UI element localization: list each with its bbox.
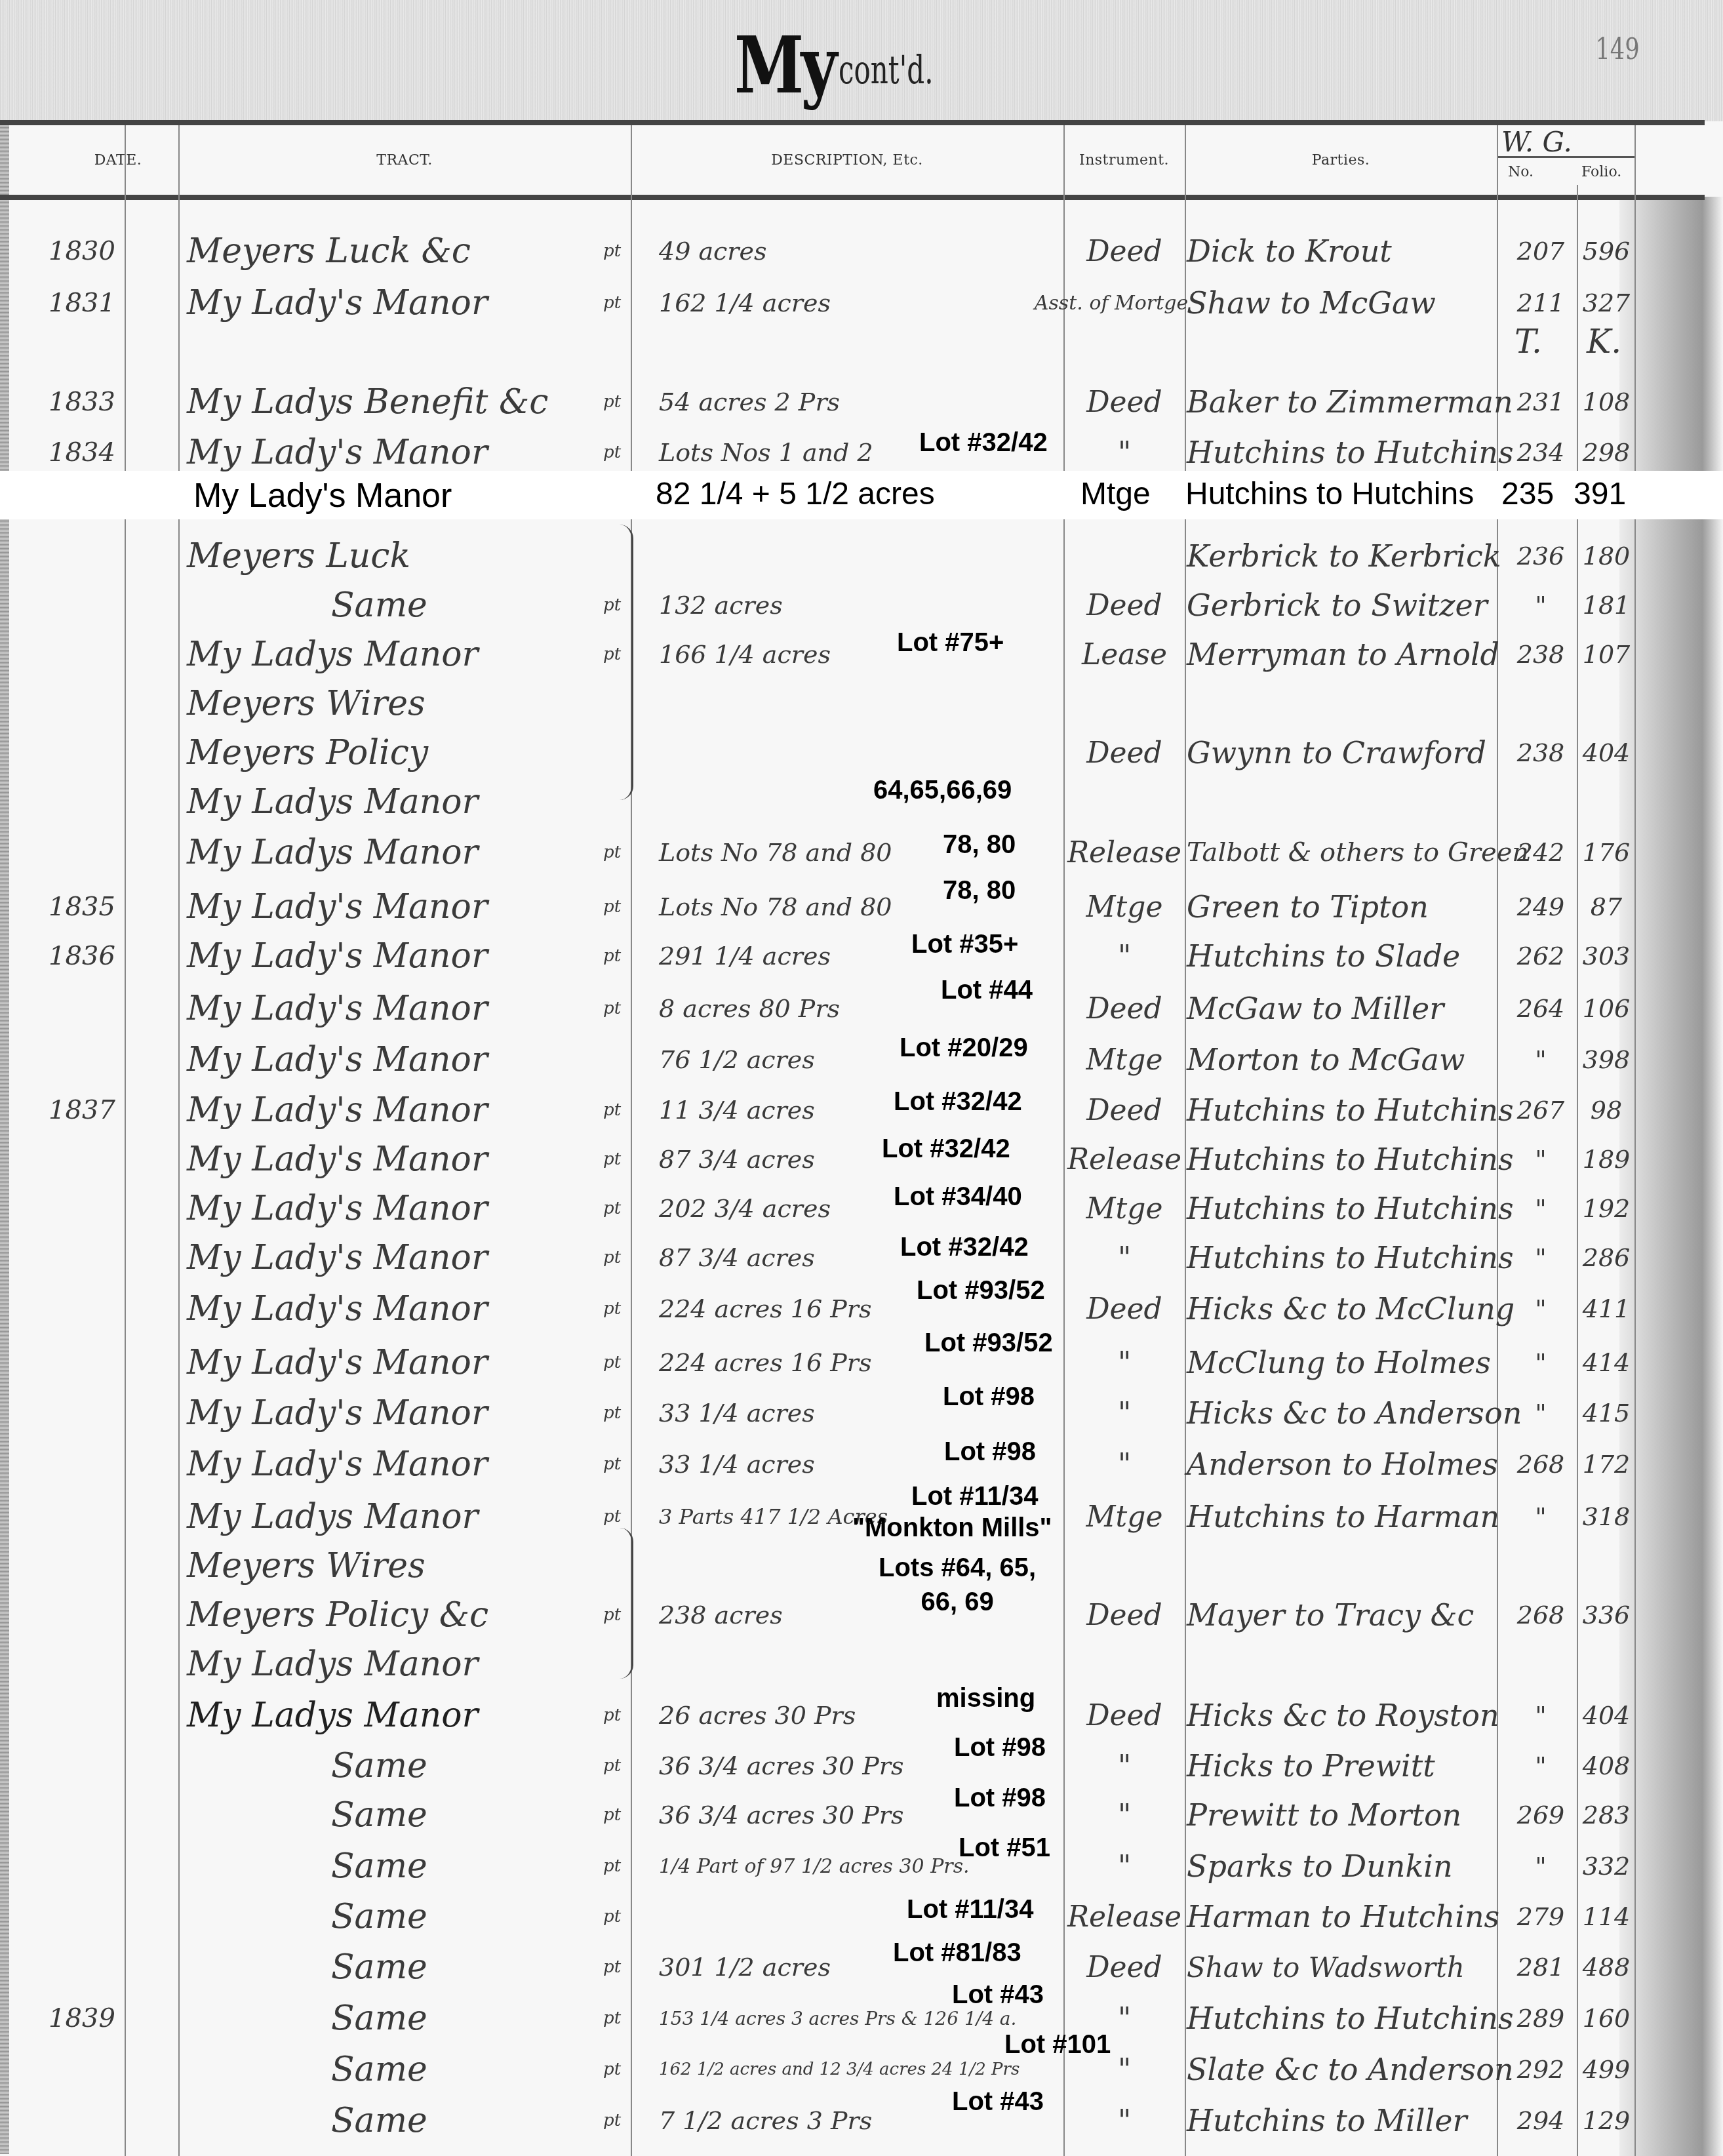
lot-annotation: Lot #32/42 bbox=[900, 1234, 1029, 1260]
lot-annotation: Lot #43 bbox=[952, 1982, 1044, 2008]
lot-annotation: Lot #11/34 bbox=[911, 1483, 1038, 1509]
row-parties: Hutchins to Slade bbox=[1187, 931, 1501, 981]
row-tract: Same bbox=[187, 1892, 744, 1942]
row-instrument: " bbox=[1065, 1338, 1183, 1387]
ledger-row: My Lady's Manor pt 8 acres 80 Prs Deed M… bbox=[0, 984, 1723, 1033]
row-instrument: Mtge bbox=[1065, 1492, 1183, 1542]
row-instrument: " bbox=[1065, 1233, 1183, 1283]
row-instrument: " bbox=[1065, 2096, 1183, 2146]
lot-annotation: 78, 80 bbox=[943, 831, 1016, 858]
typed-instrument: Mtge bbox=[1080, 476, 1151, 512]
lot-annotation-missing: missing bbox=[936, 1685, 1035, 1711]
lot-annotation: Lot #43 bbox=[952, 2088, 1044, 2115]
row-no: 249 bbox=[1501, 882, 1580, 932]
ledger-row: My Lady's Manor 76 1/2 acres Mtge Morton… bbox=[0, 1035, 1723, 1085]
row-part-marker: pt bbox=[603, 377, 629, 427]
row-folio: 107 bbox=[1580, 629, 1633, 679]
row-part-marker: pt bbox=[603, 226, 629, 276]
row-part-marker: pt bbox=[603, 1184, 629, 1233]
row-tract: My Lady's Manor bbox=[187, 931, 600, 981]
row-no: 268 bbox=[1501, 1439, 1580, 1489]
row-part-marker: pt bbox=[603, 2096, 629, 2146]
row-tract: My Lady's Manor bbox=[187, 1134, 600, 1184]
header-parties: Parties. bbox=[1185, 125, 1497, 195]
row-parties: Green to Tipton bbox=[1187, 882, 1501, 932]
row-part-marker: pt bbox=[603, 1841, 629, 1891]
row-folio: 298 bbox=[1580, 428, 1633, 477]
row-part-marker: pt bbox=[603, 1942, 629, 1992]
ledger-row: My Lady's Manor pt 87 3/4 acres Release … bbox=[0, 1134, 1723, 1184]
row-folio: 318 bbox=[1580, 1492, 1633, 1542]
ledger-row: Same pt 1/4 Part of 97 1/2 acres 30 Prs.… bbox=[0, 1841, 1723, 1891]
ledger-row: Meyers Policy &c pt 238 acres Deed Mayer… bbox=[0, 1590, 1723, 1640]
row-part-marker: pt bbox=[603, 580, 629, 630]
ledger-row: My Lady's Manor pt 224 acres 16 Prs " Mc… bbox=[0, 1338, 1723, 1387]
row-tract: My Lady's Manor bbox=[187, 984, 600, 1033]
row-part-marker: pt bbox=[603, 1492, 629, 1542]
ledger-row: 1831 My Lady's Manor pt 162 1/4 acres As… bbox=[0, 278, 1723, 328]
row-part-marker: pt bbox=[603, 931, 629, 981]
row-instrument: " bbox=[1065, 1741, 1183, 1791]
row-date: 1836 bbox=[39, 931, 125, 981]
row-folio: 303 bbox=[1580, 931, 1633, 981]
title-sub: cont'd. bbox=[839, 47, 934, 93]
row-parties: Hutchins to Hutchins bbox=[1187, 1085, 1501, 1135]
lot-annotation: Lot #98 bbox=[944, 1439, 1036, 1465]
typed-tract: My Lady's Manor bbox=[193, 476, 452, 515]
row-instrument: Deed bbox=[1065, 728, 1183, 778]
row-instrument: " bbox=[1065, 428, 1183, 477]
row-no: 238 bbox=[1501, 629, 1580, 679]
row-tract: My Ladys Manor bbox=[187, 1639, 600, 1689]
row-date: 1835 bbox=[39, 882, 125, 932]
ledger-row: 1837 My Lady's Manor pt 11 3/4 acres Dee… bbox=[0, 1085, 1723, 1135]
header-description: DESCRIPTION, Etc. bbox=[631, 125, 1063, 195]
row-part-marker: pt bbox=[603, 882, 629, 932]
row-parties: Gwynn to Crawford bbox=[1187, 728, 1501, 778]
lot-annotation: Lot #32/42 bbox=[882, 1136, 1010, 1162]
row-no: " bbox=[1501, 1492, 1580, 1542]
header-date: DATE. bbox=[66, 125, 170, 195]
ledger-row: My Ladys Manor pt 166 1/4 acres Lease Me… bbox=[0, 629, 1723, 679]
row-description: 49 acres bbox=[659, 226, 1065, 276]
typed-parties: Hutchins to Hutchins bbox=[1185, 476, 1474, 512]
row-tract: My Ladys Manor bbox=[187, 828, 600, 877]
ledger-row: My Lady's Manor pt 33 1/4 acres " Anders… bbox=[0, 1439, 1723, 1489]
row-part-marker: pt bbox=[603, 828, 629, 877]
ledger-row: Meyers Wires bbox=[0, 679, 1723, 729]
lot-annotation: 78, 80 bbox=[943, 877, 1016, 904]
row-folio: 332 bbox=[1580, 1841, 1633, 1891]
ledger-row: Same pt 36 3/4 acres 30 Prs " Hicks to P… bbox=[0, 1741, 1723, 1791]
row-no: 236 bbox=[1501, 531, 1580, 581]
row-no: 211 bbox=[1501, 278, 1580, 328]
typed-insert-row: My Lady's Manor 82 1/4 + 5 1/2 acres Mtg… bbox=[0, 471, 1723, 519]
book-marker-no: T. bbox=[1515, 323, 1542, 361]
row-description: 132 acres bbox=[659, 580, 1065, 630]
typed-folio: 391 bbox=[1574, 476, 1626, 512]
lot-annotation: Lot #101 bbox=[1004, 2031, 1111, 2058]
row-no: " bbox=[1501, 1338, 1580, 1387]
row-no: 262 bbox=[1501, 931, 1580, 981]
row-parties: Talbott & others to Green bbox=[1187, 828, 1501, 877]
row-tract: Meyers Wires bbox=[187, 679, 600, 729]
row-parties: McClung to Holmes bbox=[1187, 1338, 1501, 1387]
row-tract: My Lady's Manor bbox=[187, 428, 600, 477]
row-folio: 327 bbox=[1580, 278, 1633, 328]
row-folio: 98 bbox=[1580, 1085, 1633, 1135]
row-folio: 160 bbox=[1580, 1993, 1633, 2043]
row-instrument: Deed bbox=[1065, 580, 1183, 630]
ledger-row: My Ladys Manor bbox=[0, 777, 1723, 827]
ledger-row: My Lady's Manor pt 202 3/4 acres Mtge Hu… bbox=[0, 1184, 1723, 1233]
row-no: 268 bbox=[1501, 1590, 1580, 1640]
row-parties: Sparks to Dunkin bbox=[1187, 1841, 1501, 1891]
row-part-marker: pt bbox=[603, 1388, 629, 1438]
row-part-marker: pt bbox=[603, 428, 629, 477]
row-folio: 411 bbox=[1580, 1284, 1633, 1334]
row-part-marker: pt bbox=[603, 984, 629, 1033]
row-instrument: Release bbox=[1065, 1892, 1183, 1942]
row-tract: My Lady's Manor bbox=[187, 882, 600, 932]
ledger-row: 1833 My Ladys Benefit &c pt 54 acres 2 P… bbox=[0, 377, 1723, 427]
row-folio: 414 bbox=[1580, 1338, 1633, 1387]
row-parties: Slate &c to Anderson bbox=[1187, 2045, 1501, 2094]
row-instrument: Mtge bbox=[1065, 1184, 1183, 1233]
row-instrument: " bbox=[1065, 1841, 1183, 1891]
row-folio: 129 bbox=[1580, 2096, 1633, 2146]
row-instrument: Deed bbox=[1065, 1690, 1183, 1740]
row-date: 1837 bbox=[39, 1085, 125, 1135]
lot-annotation: Lots #64, 65, 66, 69 bbox=[879, 1551, 1036, 1619]
row-parties: Dick to Krout bbox=[1187, 226, 1501, 276]
row-folio: 106 bbox=[1580, 984, 1633, 1033]
row-instrument: " bbox=[1065, 931, 1183, 981]
row-folio: 336 bbox=[1580, 1590, 1633, 1640]
row-parties: Gerbrick to Switzer bbox=[1187, 580, 1501, 630]
row-instrument: Deed bbox=[1065, 226, 1183, 276]
lot-annotation: Lot #93/52 bbox=[924, 1330, 1053, 1356]
row-description: 162 1/4 acres bbox=[659, 278, 1065, 328]
row-no: 234 bbox=[1501, 428, 1580, 477]
ledger-row: Meyers Policy Deed Gwynn to Crawford 238… bbox=[0, 728, 1723, 778]
row-tract: My Ladys Manor bbox=[187, 1492, 600, 1542]
header-instrument: Instrument. bbox=[1063, 125, 1185, 195]
row-date: 1830 bbox=[39, 226, 125, 276]
row-folio: 283 bbox=[1580, 1790, 1633, 1840]
row-tract: My Lady's Manor bbox=[187, 1233, 600, 1283]
title-main: My bbox=[734, 26, 834, 105]
row-parties: Shaw to McGaw bbox=[1187, 278, 1501, 328]
row-part-marker: pt bbox=[603, 1741, 629, 1791]
row-part-marker: pt bbox=[603, 1439, 629, 1489]
row-folio: 398 bbox=[1580, 1035, 1633, 1085]
ledger-row: My Lady's Manor pt 87 3/4 acres " Hutchi… bbox=[0, 1233, 1723, 1283]
row-parties: Merryman to Arnold bbox=[1187, 629, 1501, 679]
row-parties: Mayer to Tracy &c bbox=[1187, 1590, 1501, 1640]
row-part-marker: pt bbox=[603, 1233, 629, 1283]
row-instrument: " bbox=[1065, 1388, 1183, 1438]
row-no: 242 bbox=[1501, 828, 1580, 877]
row-instrument: Deed bbox=[1065, 1284, 1183, 1334]
lot-annotation: 64,65,66,69 bbox=[873, 777, 1012, 803]
lot-annotation: Lot #98 bbox=[954, 1734, 1046, 1761]
ledger-row: Meyers Wires bbox=[0, 1541, 1723, 1591]
row-parties: Anderson to Holmes bbox=[1187, 1439, 1501, 1489]
row-parties: Hutchins to Hutchins bbox=[1187, 1134, 1501, 1184]
lot-annotation: Lot #44 bbox=[941, 977, 1033, 1003]
ledger-row: 1834 My Lady's Manor pt Lots Nos 1 and 2… bbox=[0, 428, 1723, 477]
row-tract: My Lady's Manor bbox=[187, 1439, 600, 1489]
row-part-marker: pt bbox=[603, 1284, 629, 1334]
row-parties: Hicks &c to Anderson bbox=[1187, 1388, 1501, 1438]
row-parties: Kerbrick to Kerbrick bbox=[1187, 531, 1501, 581]
row-no: " bbox=[1501, 1690, 1580, 1740]
row-tract: My Ladys Manor bbox=[187, 777, 600, 827]
ledger-row: My Ladys Manor pt Lots No 78 and 80 Rele… bbox=[0, 828, 1723, 877]
row-folio: 499 bbox=[1580, 2045, 1633, 2094]
header-top-rule bbox=[0, 120, 1705, 125]
row-tract: My Lady's Manor bbox=[187, 1284, 600, 1334]
row-tract: Meyers Policy &c bbox=[187, 1590, 600, 1640]
page-title: My cont'd. bbox=[734, 26, 974, 105]
row-instrument: Deed bbox=[1065, 377, 1183, 427]
row-no: 289 bbox=[1501, 1993, 1580, 2043]
row-instrument: Deed bbox=[1065, 1085, 1183, 1135]
row-part-marker: pt bbox=[603, 278, 629, 328]
ledger-row: Same pt 36 3/4 acres 30 Prs " Prewitt to… bbox=[0, 1790, 1723, 1840]
ledger-row: 1835 My Lady's Manor pt Lots No 78 and 8… bbox=[0, 882, 1723, 932]
typed-no: 235 bbox=[1501, 476, 1554, 512]
row-folio: 488 bbox=[1580, 1942, 1633, 1992]
ledger-row: Meyers Luck Kerbrick to Kerbrick 236 180 bbox=[0, 531, 1723, 581]
row-parties: Hicks &c to McClung bbox=[1187, 1284, 1501, 1334]
row-no: " bbox=[1501, 1284, 1580, 1334]
row-no: " bbox=[1501, 1184, 1580, 1233]
row-instrument: Release bbox=[1065, 828, 1183, 877]
page-number: 149 bbox=[1595, 33, 1639, 66]
header-bottom-rule bbox=[0, 195, 1705, 200]
row-folio: 404 bbox=[1580, 1690, 1633, 1740]
row-no: " bbox=[1501, 1841, 1580, 1891]
row-folio: 87 bbox=[1580, 882, 1633, 932]
row-tract: My Ladys Benefit &c bbox=[187, 377, 600, 427]
ledger-row: Same pt 301 1/2 acres Deed Shaw to Wadsw… bbox=[0, 1942, 1723, 1992]
lot-annotation: Lot #98 bbox=[943, 1384, 1035, 1410]
row-tract: My Lady's Manor bbox=[187, 1184, 600, 1233]
row-instrument: " bbox=[1065, 1439, 1183, 1489]
lot-annotation: Lot #35+ bbox=[911, 931, 1018, 957]
row-no: 238 bbox=[1501, 728, 1580, 778]
lot-annotation: Lot #75+ bbox=[897, 629, 1004, 656]
row-parties: Hutchins to Harman bbox=[1187, 1492, 1501, 1542]
row-instrument: Mtge bbox=[1065, 1035, 1183, 1085]
row-parties: Hutchins to Hutchins bbox=[1187, 1233, 1501, 1283]
row-folio: 181 bbox=[1580, 580, 1633, 630]
lot-annotation: Lot #81/83 bbox=[893, 1940, 1021, 1966]
row-instrument: Deed bbox=[1065, 984, 1183, 1033]
row-no: 279 bbox=[1501, 1892, 1580, 1942]
header-tract: TRACT. bbox=[178, 125, 631, 195]
book-initials-underline bbox=[1497, 156, 1634, 158]
row-no: " bbox=[1501, 580, 1580, 630]
row-parties: Shaw to Wadsworth bbox=[1187, 1942, 1501, 1992]
row-part-marker: pt bbox=[603, 1993, 629, 2043]
row-instrument: Lease bbox=[1065, 629, 1183, 679]
lot-annotation: Lot #11/34 bbox=[907, 1896, 1033, 1923]
ledger-row: My Ladys Manor pt 26 acres 30 Prs Deed H… bbox=[0, 1690, 1723, 1740]
row-no: " bbox=[1501, 1388, 1580, 1438]
row-folio: 108 bbox=[1580, 377, 1633, 427]
row-tract: My Lady's Manor bbox=[187, 1388, 600, 1438]
column-header-row: DATE. TRACT. DESCRIPTION, Etc. Instrumen… bbox=[0, 125, 1705, 195]
row-part-marker: pt bbox=[603, 1590, 629, 1640]
row-tract: My Lady's Manor bbox=[187, 1085, 600, 1135]
lot-annotation: Lot #32/42 bbox=[919, 429, 1048, 456]
row-no: 281 bbox=[1501, 1942, 1580, 1992]
lot-annotation: Lot #98 bbox=[954, 1785, 1046, 1811]
ledger-row: Same pt 132 acres Deed Gerbrick to Switz… bbox=[0, 580, 1723, 630]
book-initials: W. G. bbox=[1501, 126, 1572, 158]
ledger-row: My Lady's Manor pt 224 acres 16 Prs Deed… bbox=[0, 1284, 1723, 1334]
row-parties: Hutchins to Hutchins bbox=[1187, 1184, 1501, 1233]
row-part-marker: pt bbox=[603, 1085, 629, 1135]
ledger-row: Same pt Release Harman to Hutchins 279 1… bbox=[0, 1892, 1723, 1942]
row-part-marker: pt bbox=[603, 1690, 629, 1740]
row-no: 264 bbox=[1501, 984, 1580, 1033]
row-no: 294 bbox=[1501, 2096, 1580, 2146]
row-no: " bbox=[1501, 1035, 1580, 1085]
ledger-row: Same pt 162 1/2 acres and 12 3/4 acres 2… bbox=[0, 2045, 1723, 2094]
row-no: 292 bbox=[1501, 2045, 1580, 2094]
row-date: 1833 bbox=[39, 377, 125, 427]
row-description: 166 1/4 acres bbox=[659, 629, 1065, 679]
row-no: " bbox=[1501, 1741, 1580, 1791]
row-folio: 415 bbox=[1580, 1388, 1633, 1438]
row-tract: Meyers Policy bbox=[187, 728, 600, 778]
row-tract: Meyers Luck &c bbox=[187, 226, 600, 276]
row-date: 1834 bbox=[39, 428, 125, 477]
row-tract: My Lady's Manor bbox=[187, 278, 600, 328]
row-no: 231 bbox=[1501, 377, 1580, 427]
row-part-marker: pt bbox=[603, 2045, 629, 2094]
row-tract: My Lady's Manor bbox=[187, 1338, 600, 1387]
row-part-marker: pt bbox=[603, 1134, 629, 1184]
row-instrument: Asst. of Mortge bbox=[1036, 278, 1187, 328]
row-folio: 192 bbox=[1580, 1184, 1633, 1233]
row-no: 207 bbox=[1501, 226, 1580, 276]
row-parties: Hicks &c to Royston bbox=[1187, 1690, 1501, 1740]
row-instrument: Mtge bbox=[1065, 882, 1183, 932]
row-date: 1831 bbox=[39, 278, 125, 328]
ledger-row: 1830 Meyers Luck &c pt 49 acres Deed Dic… bbox=[0, 226, 1723, 276]
row-description: 54 acres 2 Prs bbox=[659, 377, 1065, 427]
row-folio: 114 bbox=[1580, 1892, 1633, 1942]
row-parties: Harman to Hutchins bbox=[1187, 1892, 1501, 1942]
row-tract: My Lady's Manor bbox=[187, 1035, 600, 1085]
row-tract: Meyers Luck bbox=[187, 531, 600, 581]
row-tract: Meyers Wires bbox=[187, 1541, 600, 1591]
ledger-row: My Ladys Manor bbox=[0, 1639, 1723, 1689]
row-folio: 180 bbox=[1580, 531, 1633, 581]
row-folio: 408 bbox=[1580, 1741, 1633, 1791]
row-part-marker: pt bbox=[603, 629, 629, 679]
row-folio: 596 bbox=[1580, 226, 1633, 276]
row-tract: My Ladys Manor bbox=[187, 1690, 600, 1740]
row-instrument: Deed bbox=[1065, 1590, 1183, 1640]
place-name-annotation: "Monkton Mills" bbox=[852, 1515, 1052, 1541]
row-parties: McGaw to Miller bbox=[1187, 984, 1501, 1033]
row-parties: Prewitt to Morton bbox=[1187, 1790, 1501, 1840]
header-no: No. bbox=[1508, 164, 1534, 180]
lot-annotation: Lot #32/42 bbox=[894, 1088, 1022, 1115]
row-tract: My Ladys Manor bbox=[187, 629, 600, 679]
ledger-row: My Lady's Manor pt 33 1/4 acres " Hicks … bbox=[0, 1388, 1723, 1438]
row-folio: 404 bbox=[1580, 728, 1633, 778]
row-no: 269 bbox=[1501, 1790, 1580, 1840]
row-part-marker: pt bbox=[603, 1790, 629, 1840]
row-instrument: Deed bbox=[1065, 1942, 1183, 1992]
row-part-marker: pt bbox=[603, 1892, 629, 1942]
row-part-marker: pt bbox=[603, 1338, 629, 1387]
row-folio: 286 bbox=[1580, 1233, 1633, 1283]
lot-annotation: Lot #20/29 bbox=[900, 1035, 1028, 1061]
row-folio: 176 bbox=[1580, 828, 1633, 877]
ledger-row: 1839 Same pt 153 1/4 acres 3 acres Prs &… bbox=[0, 1993, 1723, 2043]
row-date: 1839 bbox=[39, 1993, 125, 2043]
row-folio: 172 bbox=[1580, 1439, 1633, 1489]
row-instrument: Release bbox=[1065, 1134, 1183, 1184]
ledger-row: 1836 My Lady's Manor pt 291 1/4 acres " … bbox=[0, 931, 1723, 981]
typed-description: 82 1/4 + 5 1/2 acres bbox=[656, 476, 935, 512]
row-folio: 189 bbox=[1580, 1134, 1633, 1184]
book-marker-folio: K. bbox=[1587, 323, 1621, 361]
row-parties: Baker to Zimmerman bbox=[1187, 377, 1501, 427]
row-no: 267 bbox=[1501, 1085, 1580, 1135]
lot-annotation: Lot #34/40 bbox=[894, 1184, 1022, 1210]
row-parties: Hutchins to Hutchins bbox=[1187, 428, 1501, 477]
row-parties: Hutchins to Miller bbox=[1187, 2096, 1501, 2146]
lot-annotation: Lot #51 bbox=[959, 1835, 1050, 1861]
header-folio: Folio. bbox=[1581, 164, 1621, 180]
row-no: " bbox=[1501, 1134, 1580, 1184]
ledger-row: Same pt 7 1/2 acres 3 Prs " Hutchins to … bbox=[0, 2096, 1723, 2146]
row-parties: Hicks to Prewitt bbox=[1187, 1741, 1501, 1791]
row-no: " bbox=[1501, 1233, 1580, 1283]
row-parties: Morton to McGaw bbox=[1187, 1035, 1501, 1085]
row-parties: Hutchins to Hutchins bbox=[1187, 1993, 1501, 2043]
lot-annotation: Lot #93/52 bbox=[917, 1277, 1045, 1304]
row-instrument: " bbox=[1065, 1790, 1183, 1840]
